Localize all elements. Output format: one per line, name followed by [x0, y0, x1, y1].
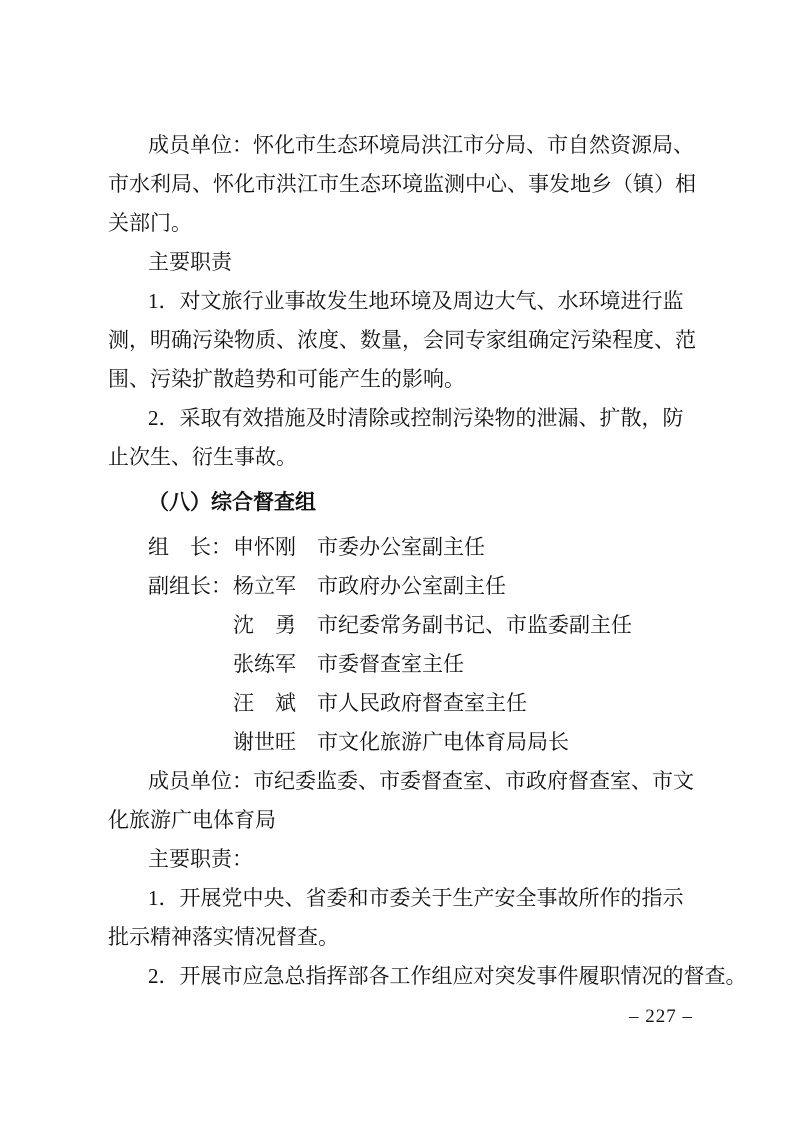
duty-4-line-1: 2．开展市应急总指挥部各工作组应对突发事件履职情况的督查。 — [108, 957, 692, 996]
leader-row-2: 副组长： 杨立军 市政府办公室副主任 — [108, 567, 692, 606]
leader-title: 市政府办公室副主任 — [317, 567, 692, 606]
leader-role-label — [148, 645, 233, 684]
duty-1-line-1: 1．对文旅行业事故发生地环境及周边大气、水环境进行监 — [108, 282, 692, 321]
duties-title-2: 主要职责： — [108, 840, 692, 879]
leader-name: 张练军 — [233, 645, 317, 684]
leader-title: 市人民政府督查室主任 — [317, 684, 692, 723]
document-content: 成员单位：怀化市生态环境局洪江市分局、市自然资源局、 市水利局、怀化市洪江市生态… — [108, 126, 692, 996]
member-units-2-line-2: 化旅游广电体育局 — [108, 801, 692, 840]
member-units-2-line-1: 成员单位：市纪委监委、市委督查室、市政府督查室、市文 — [108, 762, 692, 801]
duties-title-1: 主要职责 — [108, 243, 692, 282]
leader-role-label: 组 长： — [148, 528, 233, 567]
duty-3-line-1: 1．开展党中央、省委和市委关于生产安全事故所作的指示 — [108, 879, 692, 918]
leader-row-5: 汪 斌 市人民政府督查室主任 — [108, 684, 692, 723]
leader-name: 杨立军 — [233, 567, 317, 606]
leader-name: 汪 斌 — [233, 684, 317, 723]
duty-2-line-2: 止次生、衍生事故。 — [108, 438, 692, 477]
leader-row-1: 组 长： 申怀刚 市委办公室副主任 — [108, 528, 692, 567]
section-heading: （八）综合督查组 — [108, 483, 692, 522]
leader-title: 市文化旅游广电体育局局长 — [317, 723, 692, 762]
leader-name: 申怀刚 — [233, 528, 317, 567]
duty-2-line-1: 2．采取有效措施及时清除或控制污染物的泄漏、扩散，防 — [108, 399, 692, 438]
leader-row-3: 沈 勇 市纪委常务副书记、市监委副主任 — [108, 606, 692, 645]
leader-role-label — [148, 723, 233, 762]
leader-row-4: 张练军 市委督查室主任 — [108, 645, 692, 684]
duty-1-line-3: 围、污染扩散趋势和可能产生的影响。 — [108, 360, 692, 399]
leader-role-label — [148, 606, 233, 645]
leader-title: 市纪委常务副书记、市监委副主任 — [317, 606, 692, 645]
duty-3-line-2: 批示精神落实情况督查。 — [108, 918, 692, 957]
member-units-1-line-3: 关部门。 — [108, 204, 692, 243]
member-units-1-line-2: 市水利局、怀化市洪江市生态环境监测中心、事发地乡（镇）相 — [108, 165, 692, 204]
leader-role-label — [148, 684, 233, 723]
leader-title: 市委办公室副主任 — [317, 528, 692, 567]
leader-name: 谢世旺 — [233, 723, 317, 762]
leader-row-6: 谢世旺 市文化旅游广电体育局局长 — [108, 723, 692, 762]
member-units-1-line-1: 成员单位：怀化市生态环境局洪江市分局、市自然资源局、 — [108, 126, 692, 165]
leader-name: 沈 勇 — [233, 606, 317, 645]
leader-role-label: 副组长： — [148, 567, 233, 606]
leader-title: 市委督查室主任 — [317, 645, 692, 684]
page-number: – 227 – — [629, 1006, 693, 1028]
duty-1-line-2: 测，明确污染物质、浓度、数量，会同专家组确定污染程度、范 — [108, 321, 692, 360]
document-page: 成员单位：怀化市生态环境局洪江市分局、市自然资源局、 市水利局、怀化市洪江市生态… — [0, 0, 793, 1122]
